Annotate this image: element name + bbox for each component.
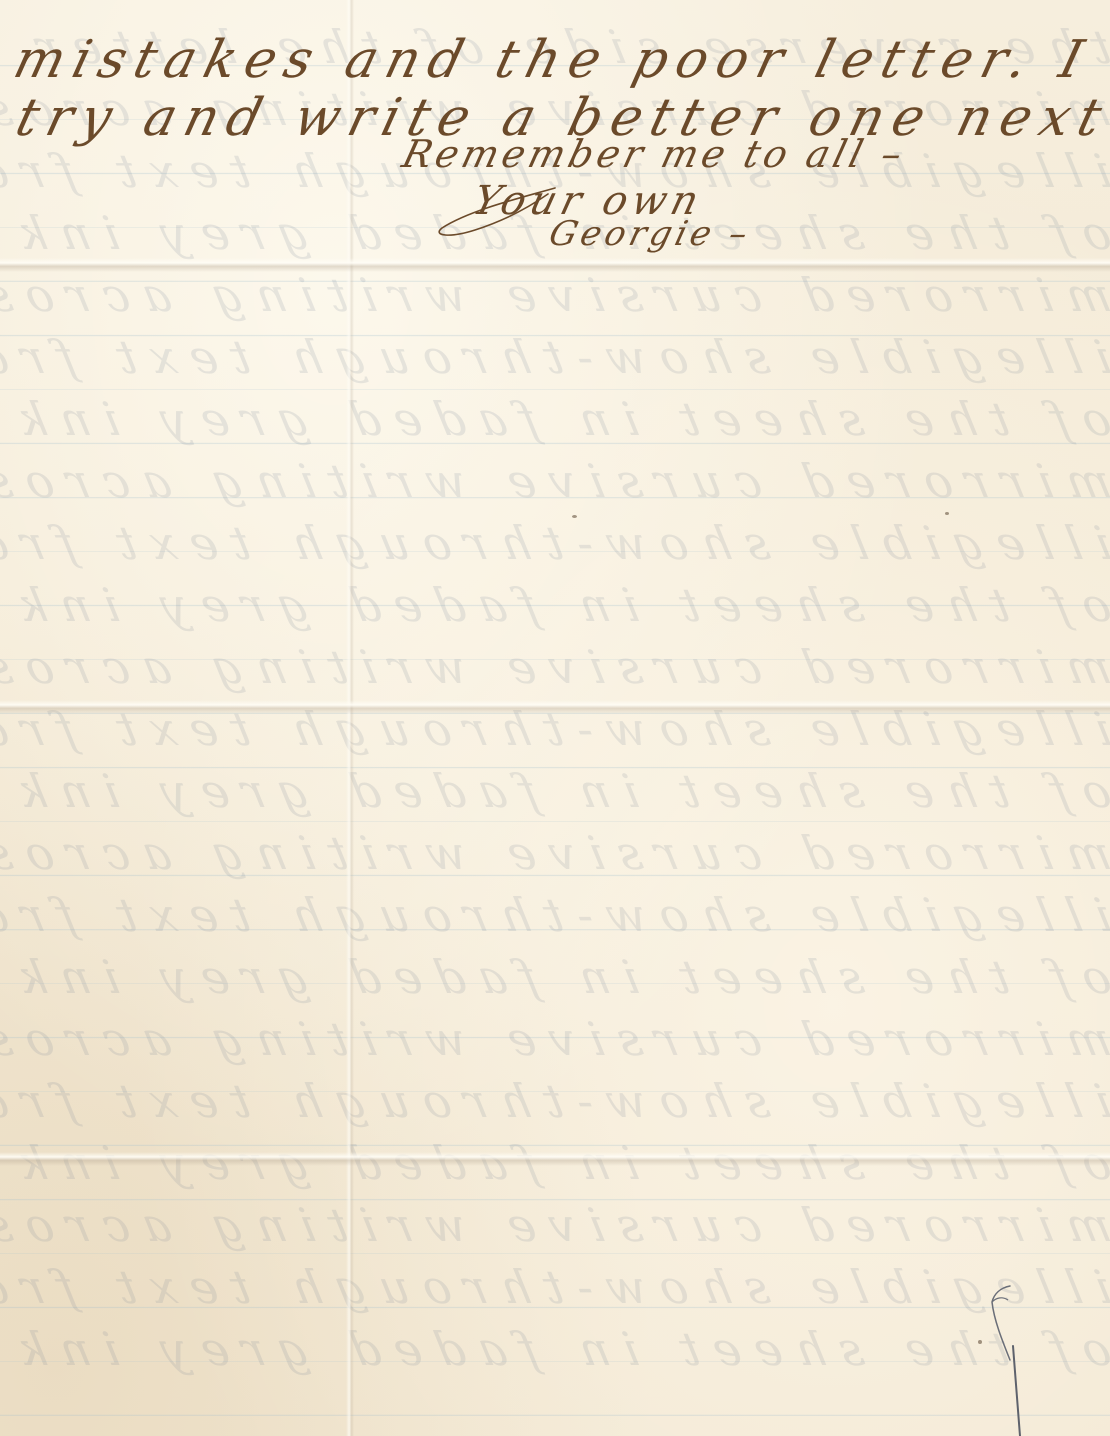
bleed-through-line: of the sheet in faded grey ink (0, 392, 1110, 446)
ink-spot (572, 515, 577, 518)
horizontal-fold-crease (0, 1152, 1110, 1166)
bleed-through-line: illegible show-through text from the oth… (0, 1260, 1110, 1314)
horizontal-fold-crease (0, 258, 1110, 272)
bleed-through-line: illegible show-through text from the oth… (0, 330, 1110, 384)
letter-page: the reverse side of the letter shows fai… (0, 0, 1110, 1436)
bleed-through-line: of the sheet in faded grey ink (0, 764, 1110, 818)
bleed-through-line: mirrored cursive writing across every ru… (0, 640, 1110, 694)
vertical-fold-crease (346, 0, 354, 1436)
bleed-through-line: mirrored cursive writing across every ru… (0, 268, 1110, 322)
bleed-through-line: mirrored cursive writing across every ru… (0, 1198, 1110, 1252)
bleed-through-line: of the sheet in faded grey ink (0, 1322, 1110, 1376)
letter-line: mistakes and the poor letter. I will (8, 30, 1110, 90)
bleed-through-line: mirrored cursive writing across every ru… (0, 1012, 1110, 1066)
bleed-through-line: of the sheet in faded grey ink (0, 950, 1110, 1004)
bleed-through-line: mirrored cursive writing across every ru… (0, 826, 1110, 880)
bleed-through-line: illegible show-through text from the oth… (0, 888, 1110, 942)
ink-spot (945, 512, 949, 515)
bleed-through-line: illegible show-through text from the oth… (0, 702, 1110, 756)
ink-spot (978, 1340, 982, 1344)
pencil-mark (980, 1280, 1030, 1436)
bleed-through-line: mirrored cursive writing across every ru… (0, 454, 1110, 508)
bleed-through-line: illegible show-through text from the oth… (0, 516, 1110, 570)
bleed-through-line: illegible show-through text from the oth… (0, 1074, 1110, 1128)
bleed-through-line: of the sheet in faded grey ink (0, 578, 1110, 632)
signature: Georgie – (545, 214, 756, 254)
letter-line: Remember me to all – (398, 132, 911, 176)
bleed-through-line: of the sheet in faded grey ink (0, 1136, 1110, 1190)
horizontal-fold-crease (0, 700, 1110, 714)
